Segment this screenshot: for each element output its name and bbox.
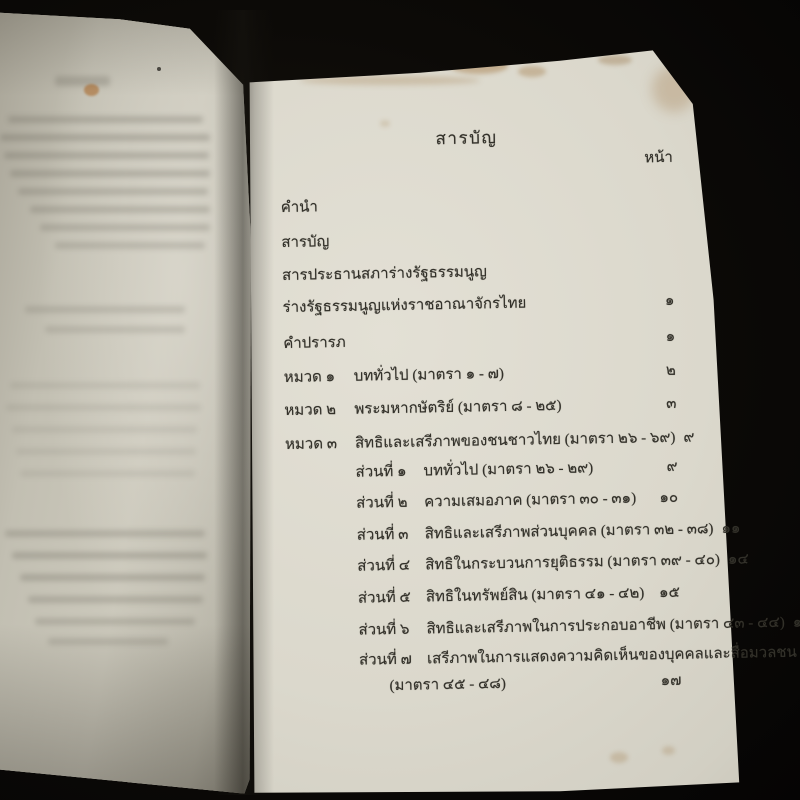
toc-row-label: บททั่วไป (มาตรา ๒๖ - ๒๙) (423, 458, 593, 482)
toc-row: ร่างรัฐธรรมนูญแห่งราชอาณาจักรไทย ๑ (282, 291, 674, 319)
toc-row-label: (มาตรา ๔๕ - ๔๘) (389, 674, 506, 697)
toc-row-page: ๑๖ (785, 612, 800, 633)
toc-content: สารบัญ หน้า คำนำ สารบัญ สารประธานสภาร่าง… (0, 0, 800, 800)
toc-row: ส่วนที่ ๒ ความเสมอภาค (มาตรา ๓๐ - ๓๑) ๑๐ (286, 488, 678, 516)
toc-row-prefix: ส่วนที่ ๖ (358, 619, 426, 641)
book-photo: สารบัญ หน้า คำนำ สารบัญ สารประธานสภาร่าง… (0, 0, 800, 800)
toc-row: สารบัญ (281, 226, 673, 254)
page-column-header: หน้า (623, 145, 673, 170)
toc-row-prefix: ส่วนที่ ๕ (358, 587, 426, 609)
toc-row-label: เสรีภาพในการแสดงความคิดเห็นของบุคคลและสื… (427, 643, 797, 671)
toc-row-label: พระมหากษัตริย์ (มาตรา ๘ - ๒๕) (354, 396, 561, 421)
toc-row-label: สิทธิในทรัพย์สิน (มาตรา ๔๑ - ๔๒) (426, 583, 645, 608)
toc-row: (มาตรา ๔๕ - ๔๘) ๑๗ (289, 671, 681, 699)
toc-row-page: ๑๔ (720, 550, 749, 572)
toc-row-label: บททั่วไป (มาตรา ๑ - ๗) (354, 364, 504, 388)
toc-row: หมวด ๓ สิทธิและเสรีภาพของชนชาวไทย (มาตรา… (285, 428, 677, 456)
toc-row-label: สารประธานสภาร่างรัฐธรรมนูญ (282, 262, 487, 287)
toc-row-prefix: ส่วนที่ ๔ (357, 555, 425, 577)
toc-row: ส่วนที่ ๖ สิทธิและเสรีภาพในการประกอบอาชี… (288, 615, 680, 643)
toc-row-prefix: หมวด ๓ (285, 434, 355, 456)
toc-row-prefix: ส่วนที่ ๒ (356, 492, 424, 514)
toc-row-page: ๑๑ (713, 519, 740, 540)
toc-row-page: ๑๕ (651, 583, 680, 605)
toc-row: คำนำ (281, 191, 673, 219)
toc-row: สารประธานสภาร่างรัฐธรรมนูญ (282, 259, 674, 287)
toc-row: ส่วนที่ ๑ บททั่วไป (มาตรา ๒๖ - ๒๙) ๙ (285, 457, 677, 485)
toc-row-label: สิทธิและเสรีภาพส่วนบุคคล (มาตรา ๓๒ - ๓๘) (425, 519, 714, 545)
toc-row: ส่วนที่ ๔ สิทธิในกระบวนการยุติธรรม (มาตร… (287, 551, 679, 579)
toc-row-page: ๒ (658, 361, 676, 382)
toc-row-label: สิทธิและเสรีภาพของชนชาวไทย (มาตรา ๒๖ - ๖… (355, 428, 676, 455)
toc-row-prefix: หมวด ๑ (284, 367, 354, 389)
page-title: สารบัญ (402, 123, 530, 152)
toc-row-label: คำนำ (281, 197, 319, 219)
toc-row-label: ความเสมอภาค (มาตรา ๓๐ - ๓๑) (424, 489, 636, 514)
toc-row: ส่วนที่ ๓ สิทธิและเสรีภาพส่วนบุคคล (มาตร… (287, 520, 679, 548)
toc-row-page: ๑ (657, 327, 675, 348)
toc-row-page: ๑๐ (651, 488, 678, 509)
toc-row-page: ๙ (658, 457, 677, 478)
toc-row-label: สิทธิและเสรีภาพในการประกอบอาชีพ (มาตรา ๔… (426, 613, 785, 641)
toc-row-page: ๓ (658, 394, 677, 415)
toc-row-label: สิทธิในกระบวนการยุติธรรม (มาตรา ๓๙ - ๔๐) (425, 550, 720, 576)
toc-row-label: ร่างรัฐธรรมนูญแห่งราชอาณาจักรไทย (282, 294, 526, 319)
toc-row: ส่วนที่ ๗ เสรีภาพในการแสดงความคิดเห็นของ… (289, 645, 681, 673)
toc-row: หมวด ๑ บททั่วไป (มาตรา ๑ - ๗) ๒ (284, 361, 676, 389)
toc-row-prefix: ส่วนที่ ๑ (355, 461, 423, 483)
toc-row-label: สารบัญ (281, 232, 329, 254)
toc-row-label: คำปรารภ (283, 333, 346, 355)
toc-row-page: ๑ (657, 291, 675, 312)
toc-row: ส่วนที่ ๕ สิทธิในทรัพย์สิน (มาตรา ๔๑ - ๔… (288, 583, 680, 611)
toc-row-page: ๙ (675, 427, 694, 448)
toc-row-page: ๑๗ (652, 671, 681, 693)
toc-row: หมวด ๒ พระมหากษัตริย์ (มาตรา ๘ - ๒๕) ๓ (284, 394, 676, 422)
toc-row-prefix: ส่วนที่ ๗ (359, 649, 427, 671)
toc-row-prefix: ส่วนที่ ๓ (357, 524, 425, 546)
toc-row-prefix: หมวด ๒ (284, 400, 354, 422)
toc-row: คำปรารภ ๑ (283, 327, 675, 355)
